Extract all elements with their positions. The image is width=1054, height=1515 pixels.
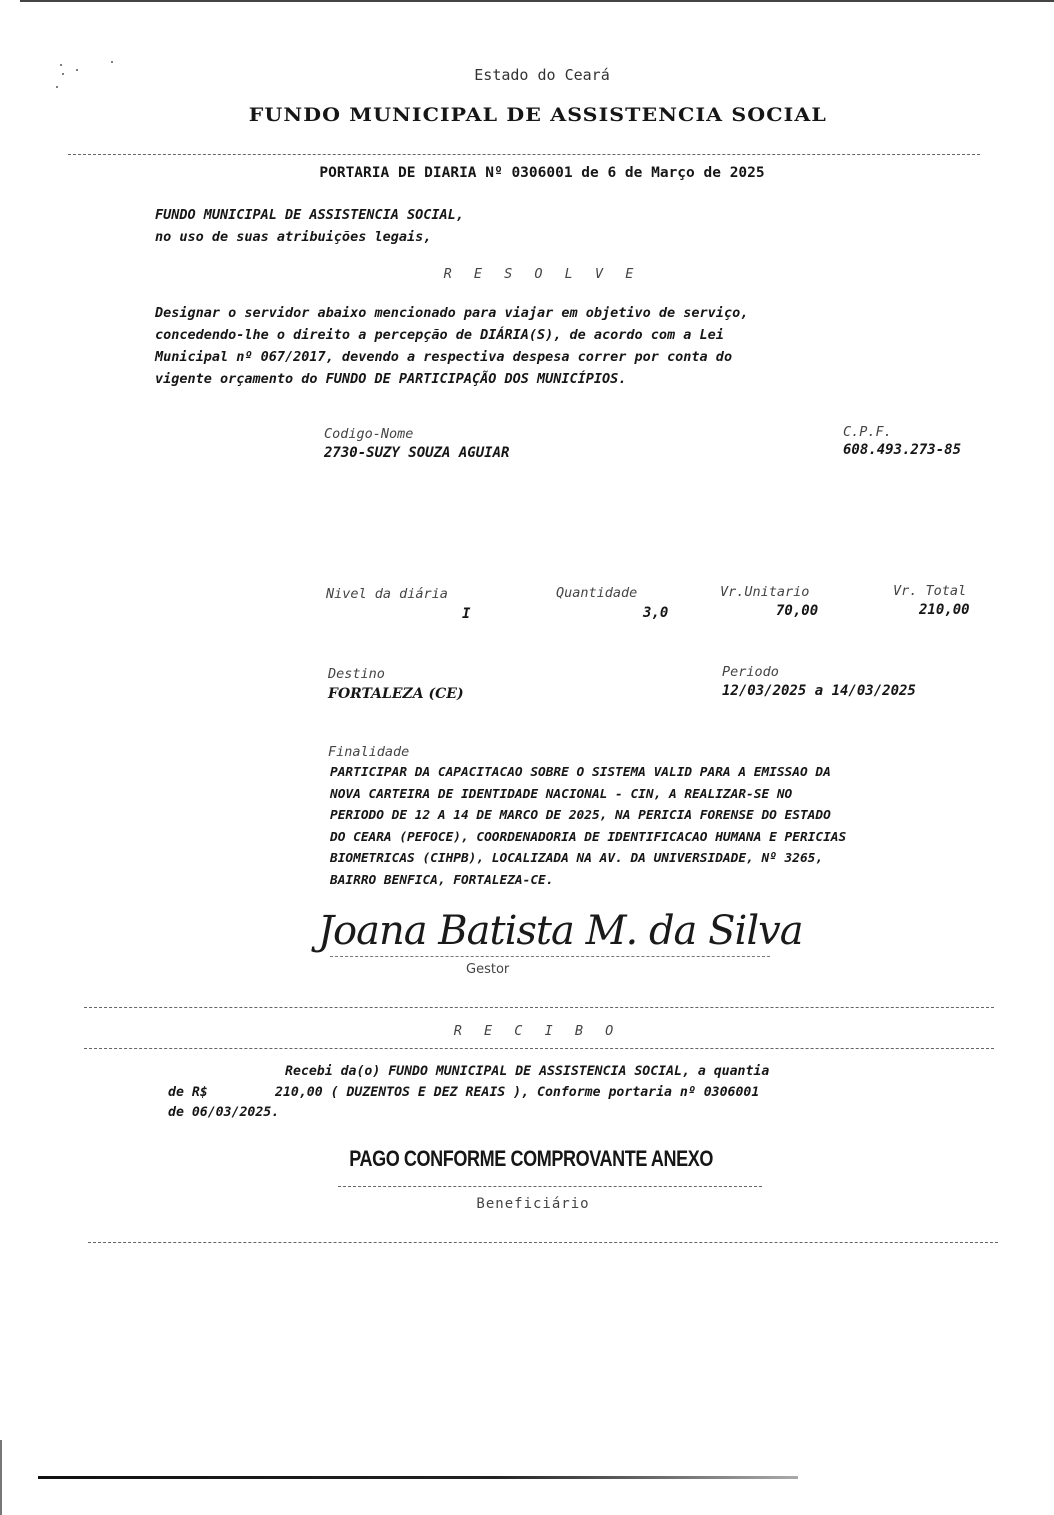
recibo-heading: R E C I B O	[0, 1023, 1054, 1039]
state-name: Estado do Ceará	[0, 66, 1054, 84]
recibo-line1: Recebi da(o) FUNDO MUNICIPAL DE ASSISTEN…	[285, 1062, 769, 1082]
codigo-nome-value: 2730-SUZY SOUZA AGUIAR	[324, 445, 509, 461]
scan-speck	[56, 86, 58, 88]
scan-speck	[111, 61, 113, 63]
recibo-line2: 210,00 ( DUZENTOS E DEZ REAIS ), Conform…	[275, 1083, 759, 1103]
destino-value: FORTALEZA (CE)	[328, 686, 464, 702]
nivel-label: Nivel da diária	[326, 586, 448, 602]
quantidade-label: Quantidade	[556, 585, 637, 601]
preamble-line1: FUNDO MUNICIPAL DE ASSISTENCIA SOCIAL,	[155, 207, 464, 223]
divider	[84, 1048, 994, 1049]
payment-stamp: PAGO CONFORME COMPROVANTE ANEXO	[95, 1146, 959, 1172]
body-line: vigente orçamento do FUNDO DE PARTICIPAÇ…	[155, 368, 748, 390]
resolve-heading: R E S O L V E	[0, 266, 1054, 282]
unitario-label: Vr.Unitario	[720, 584, 809, 600]
scan-left-edge	[0, 1440, 2, 1515]
destino-label: Destino	[328, 666, 385, 682]
body-paragraph: Designar o servidor abaixo mencionado pa…	[155, 302, 748, 390]
bottom-rule	[38, 1476, 798, 1479]
divider	[68, 154, 980, 155]
periodo-value: 12/03/2025 a 14/03/2025	[722, 683, 916, 699]
finalidade-line: NOVA CARTEIRA DE IDENTIDADE NACIONAL - C…	[330, 784, 846, 806]
divider	[88, 1242, 998, 1243]
total-label: Vr. Total	[893, 583, 966, 599]
handwritten-signature: Joana Batista M. da Silva	[318, 908, 803, 954]
signature-line	[330, 956, 770, 957]
body-line: Designar o servidor abaixo mencionado pa…	[155, 302, 748, 324]
divider	[84, 1007, 994, 1008]
finalidade-line: DO CEARA (PEFOCE), COORDENADORIA DE IDEN…	[330, 827, 846, 849]
scan-top-edge	[20, 0, 1054, 2]
cpf-value: 608.493.273-85	[843, 442, 961, 458]
codigo-nome-label: Codigo-Nome	[324, 426, 413, 442]
finalidade-line: BIOMETRICAS (CIHPB), LOCALIZADA NA AV. D…	[330, 848, 846, 870]
total-value: 210,00	[919, 602, 970, 618]
body-line: Municipal nº 067/2017, devendo a respect…	[155, 346, 748, 368]
body-line: concedendo-lhe o direito a percepção de …	[155, 324, 748, 346]
finalidade-label: Finalidade	[328, 744, 409, 760]
recibo-currency: de R$	[168, 1083, 208, 1103]
beneficiario-signature-line	[338, 1186, 762, 1187]
fund-title: FUNDO MUNICIPAL DE ASSISTENCIA SOCIAL	[0, 104, 1054, 126]
beneficiario-label: Beneficiário	[0, 1196, 1054, 1212]
periodo-label: Periodo	[722, 664, 779, 680]
recibo-line3: de 06/03/2025.	[168, 1103, 279, 1123]
portaria-title: PORTARIA DE DIARIA Nº 0306001 de 6 de Ma…	[0, 165, 1054, 181]
preamble-line2: no uso de suas atribuições legais,	[155, 229, 431, 245]
finalidade-line: BAIRRO BENFICA, FORTALEZA-CE.	[330, 870, 846, 892]
nivel-value: I	[462, 606, 470, 622]
unitario-value: 70,00	[776, 603, 818, 619]
quantidade-value: 3,0	[643, 605, 668, 621]
cpf-label: C.P.F.	[843, 424, 892, 440]
finalidade-line: PERIODO DE 12 A 14 DE MARCO DE 2025, NA …	[330, 805, 846, 827]
finalidade-line: PARTICIPAR DA CAPACITACAO SOBRE O SISTEM…	[330, 762, 846, 784]
finalidade-text: PARTICIPAR DA CAPACITACAO SOBRE O SISTEM…	[330, 762, 846, 891]
gestor-label: Gestor	[466, 962, 509, 977]
